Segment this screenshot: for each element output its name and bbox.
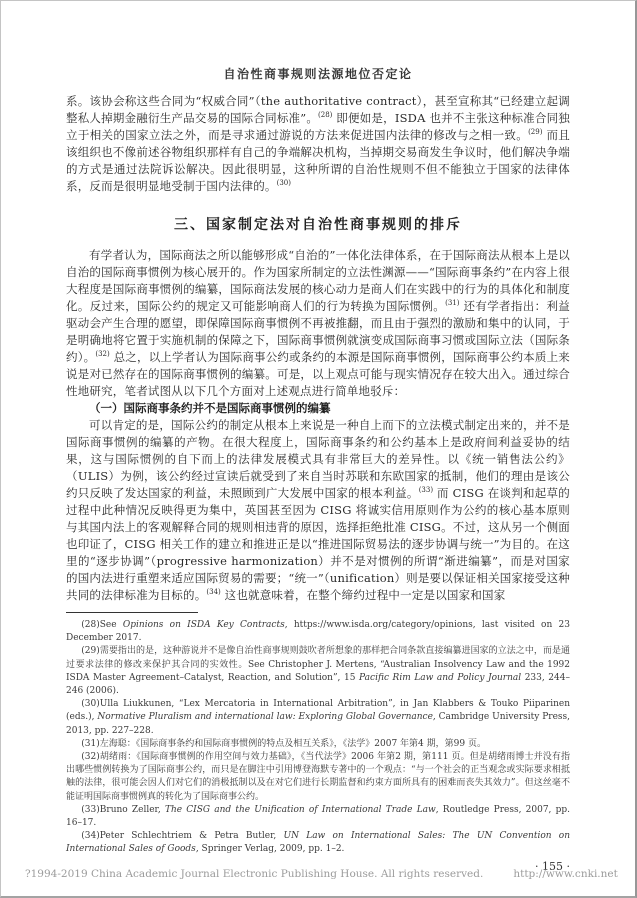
footnote-separator: [66, 612, 198, 613]
journal-page-scan: 自治性商事规则法源地位否定论 系。该协会称这些合同为“权威合同”（the aut…: [0, 0, 637, 898]
footnote-reference: (32): [95, 350, 109, 358]
footnote: (32)胡绪雨：《国际商事惯例的作用空间与效力基础》，《当代法学》2006 年第…: [66, 751, 570, 804]
footnote-reference: (29): [528, 128, 542, 136]
running-title: 自治性商事规则法源地位否定论: [1, 65, 635, 82]
footnote: (34)Peter Schlechtriem & Petra Butler, U…: [66, 830, 570, 856]
footnotes-section: (28)See Opinions on ISDA Key Contracts, …: [1, 619, 635, 857]
copyright-footer: ?1994-2019 China Academic Journal Electr…: [25, 868, 611, 880]
copyright-text: ?1994-2019 China Academic Journal Electr…: [25, 868, 483, 880]
footnote-reference: (28): [318, 111, 332, 119]
footnote-reference: (34): [206, 588, 220, 596]
footnote: (28)See Opinions on ISDA Key Contracts, …: [66, 619, 570, 645]
footnote-reference: (31): [445, 299, 459, 307]
paragraph-continuation: 系。该协会称这些合同为“权威合同”（the authoritative cont…: [66, 93, 570, 195]
footnote: (33)Bruno Zeller, The CISG and the Unifi…: [66, 804, 570, 830]
footer-url: http://www.cnki.net: [513, 868, 618, 880]
article-body: 系。该协会称这些合同为“权威合同”（the authoritative cont…: [1, 93, 635, 604]
footnote-reference: (30): [277, 179, 291, 187]
footnote: (30)Ulla Liukkunen, “Lex Mercatoria in I…: [66, 698, 570, 738]
footnote: (31)左海聪：《国际商事条约和国际商事惯例的特点及相互关系》，《法学》2007…: [66, 738, 570, 751]
paragraph: 可以肯定的是，国际公约的制定从根本上来说是一种自上而下的立法模式制定出来的，并不…: [66, 417, 570, 604]
section-heading: 三、国家制定法对自治性商事规则的排斥: [66, 214, 570, 234]
footnote-reference: (33): [419, 486, 433, 494]
paragraph: 有学者认为，国际商法之所以能够形成“自治的”一体化法律体系，在于国际商法从根本上…: [66, 247, 570, 400]
footnote: (29)需要指出的是，这种游说并不是像自治性商事规则鼓吹者所想象的那样把合同条款…: [66, 645, 570, 698]
subsection-heading: （一）国际商事条约并不是国际商事惯例的编纂: [66, 400, 570, 417]
